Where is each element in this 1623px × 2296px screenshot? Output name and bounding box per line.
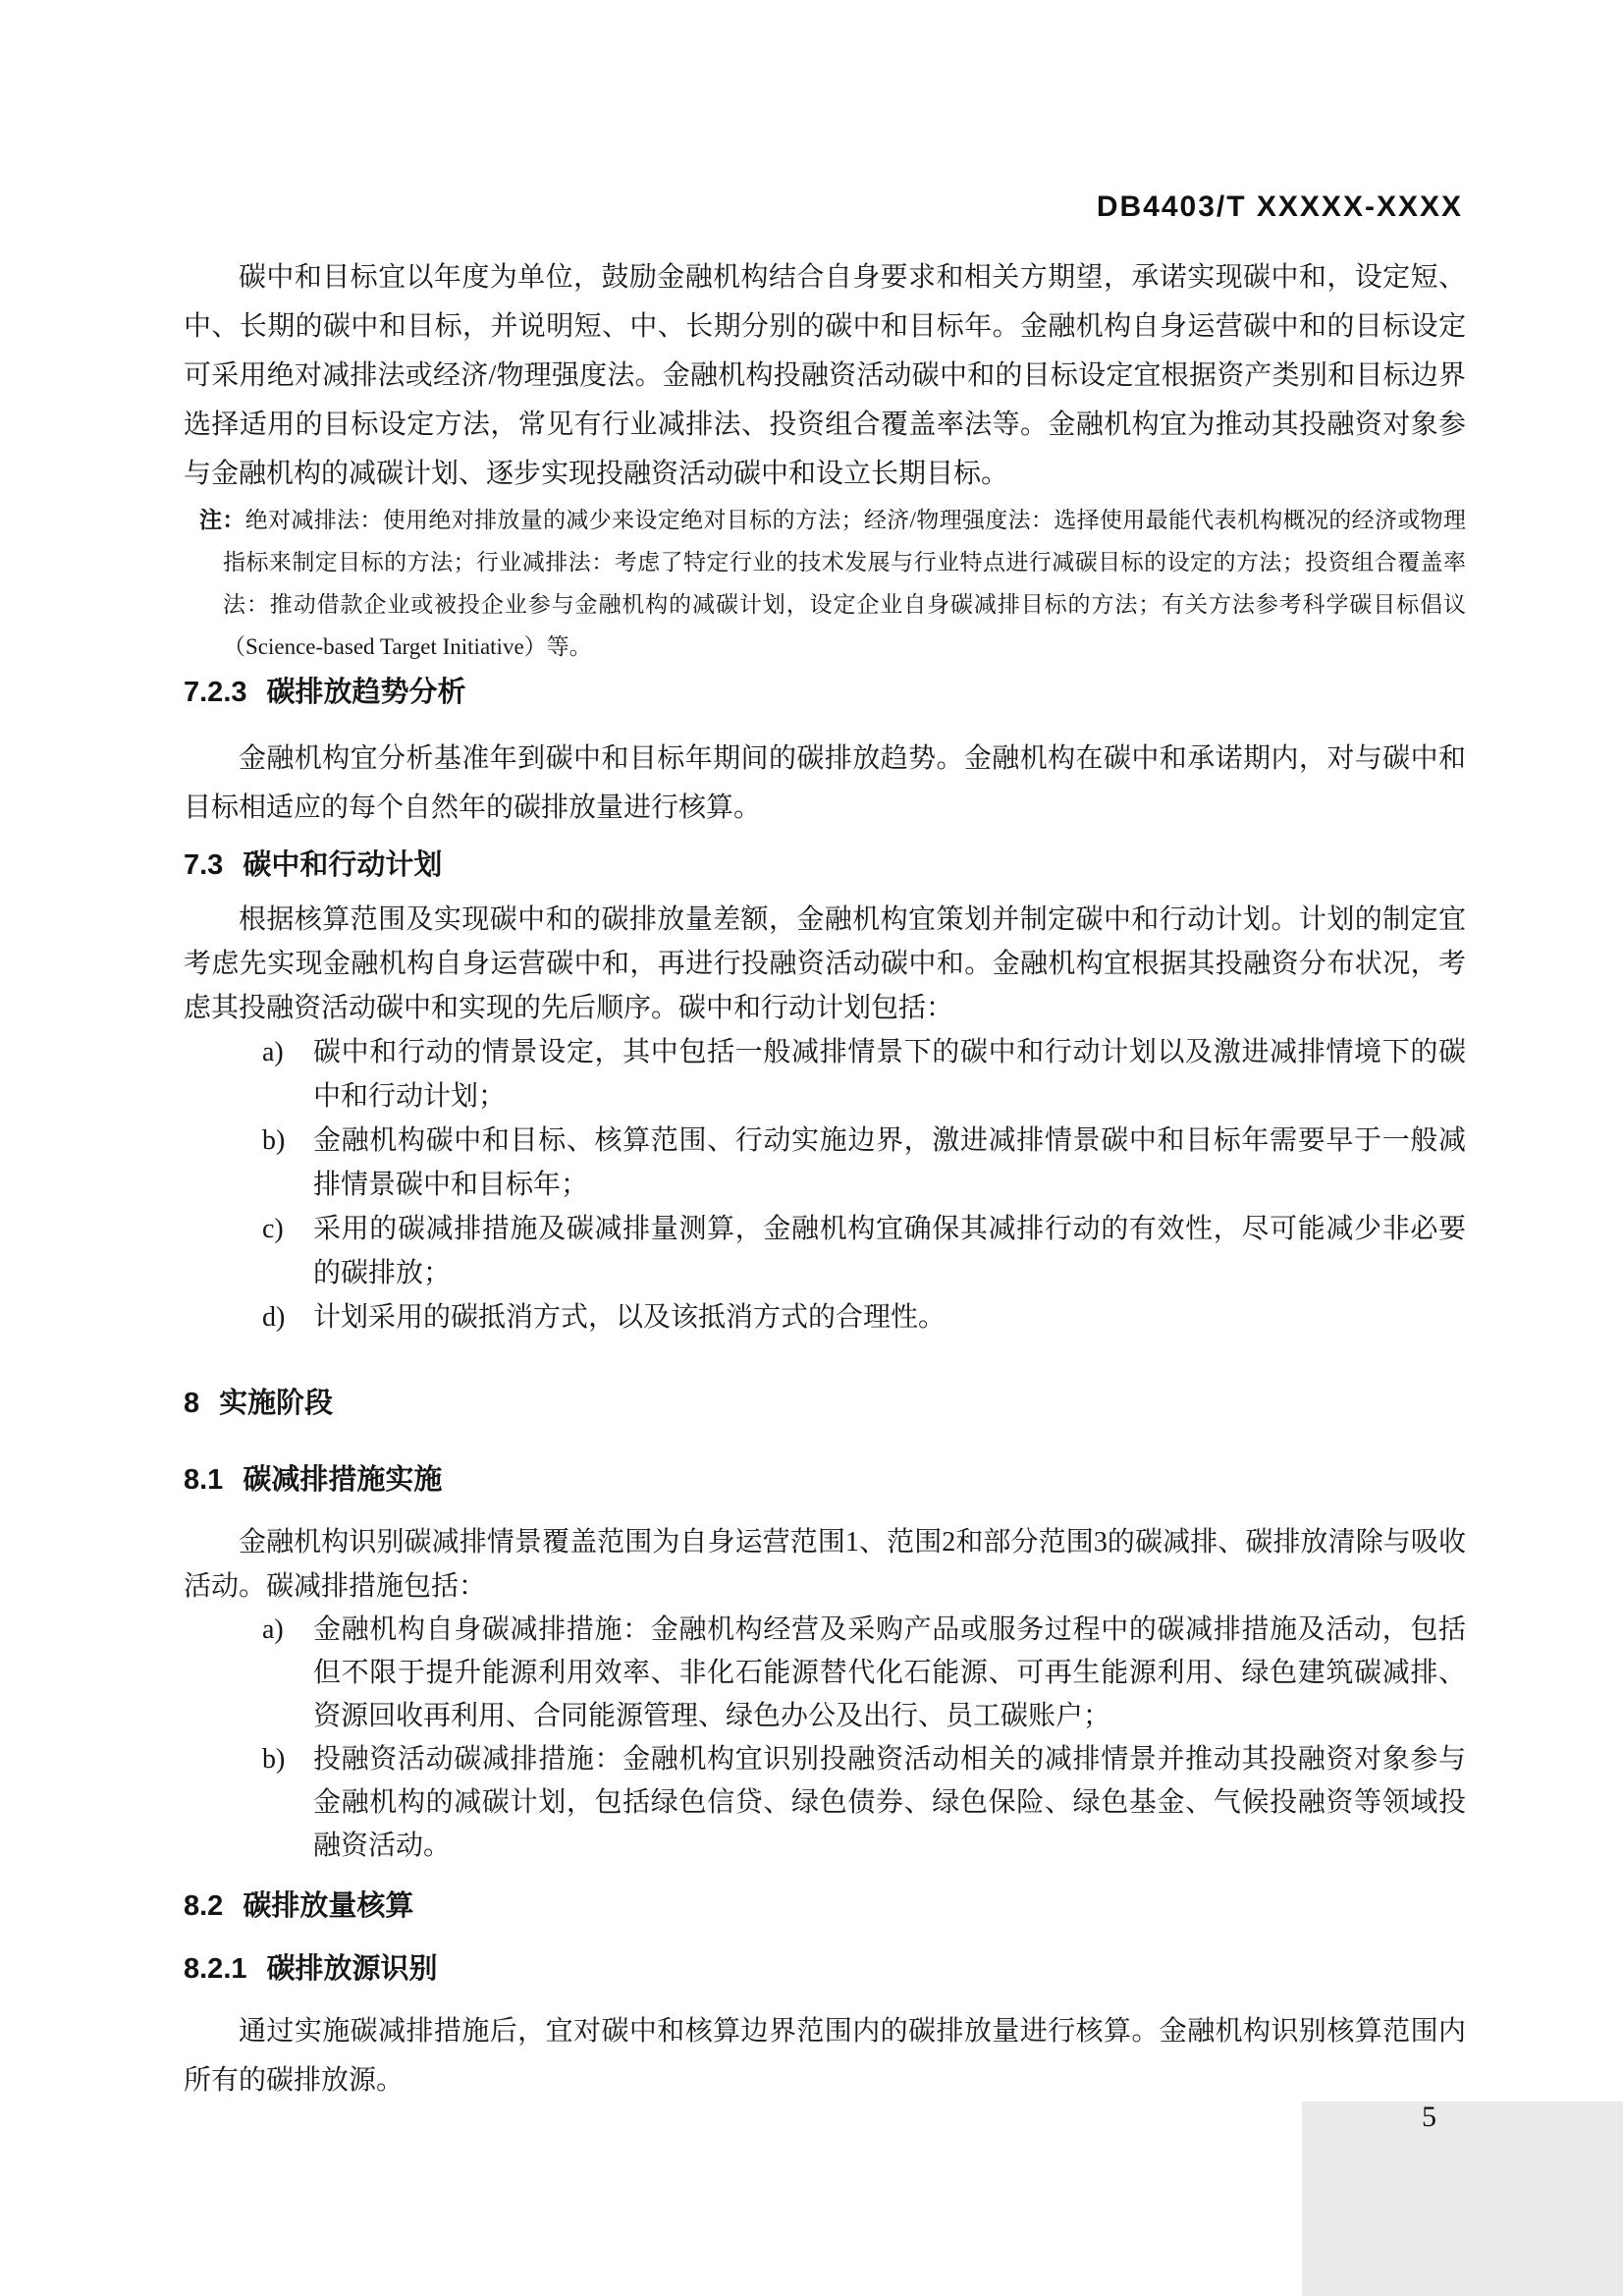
paragraph-7-2-3: 金融机构宜分析基准年到碳中和目标年期间的碳排放趋势。金融机构在碳中和承诺期内，对…	[184, 735, 1466, 833]
list-item: a) 碳中和行动的情景设定，其中包括一般减排情景下的碳中和行动计划以及激进减排情…	[262, 1030, 1466, 1119]
heading-title: 碳减排措施实施	[243, 1464, 442, 1496]
list-marker: b)	[262, 1119, 313, 1207]
paragraph-8-1: 金融机构识别碳减排情景覆盖范围为自身运营范围1、范围2和部分范围3的碳减排、碳排…	[184, 1520, 1466, 1609]
note-block: 注：绝对减排法：使用绝对排放量的减少来设定绝对目标的方法；经济/物理强度法：选择…	[223, 499, 1466, 668]
list-item: b) 投融资活动碳减排措施：金融机构宜识别投融资活动相关的减排情景并推动其投融资…	[262, 1738, 1466, 1868]
measures-list: a) 金融机构自身碳减排措施：金融机构经营及采购产品或服务过程中的碳减排措施及活…	[262, 1609, 1466, 1868]
paragraph-7-3: 根据核算范围及实现碳中和的碳排放量差额，金融机构宜策划并制定碳中和行动计划。计划…	[184, 898, 1466, 1030]
heading-8: 8实施阶段	[184, 1387, 1466, 1420]
heading-number: 7.2.3	[184, 677, 247, 708]
document-page: DB4403/T XXXXX-XXXX 碳中和目标宜以年度为单位，鼓励金融机构结…	[0, 0, 1623, 2296]
note-text: 绝对减排法：使用绝对排放量的减少来设定绝对目标的方法；经济/物理强度法：选择使用…	[223, 508, 1466, 659]
heading-title: 实施阶段	[219, 1388, 333, 1419]
list-item-text: 计划采用的碳抵消方式，以及该抵消方式的合理性。	[313, 1295, 1466, 1339]
heading-8-2-1: 8.2.1碳排放源识别	[184, 1952, 1466, 1986]
heading-7-2-3: 7.2.3碳排放趋势分析	[184, 676, 1466, 709]
list-item-text: 碳中和行动的情景设定，其中包括一般减排情景下的碳中和行动计划以及激进减排情境下的…	[313, 1030, 1466, 1119]
heading-title: 碳排放趋势分析	[267, 677, 466, 708]
heading-number: 8	[184, 1388, 199, 1419]
heading-number: 8.1	[184, 1464, 223, 1496]
page-number: 5	[1422, 2100, 1436, 2135]
list-marker: c)	[262, 1207, 313, 1295]
list-marker: a)	[262, 1609, 313, 1738]
heading-number: 7.3	[184, 849, 223, 881]
heading-8-2: 8.2碳排放量核算	[184, 1889, 1466, 1923]
list-marker: a)	[262, 1030, 313, 1119]
list-item-text: 金融机构碳中和目标、核算范围、行动实施边界，激进减排情景碳中和目标年需要早于一般…	[313, 1119, 1466, 1207]
heading-number: 8.2	[184, 1890, 223, 1922]
list-item-text: 投融资活动碳减排措施：金融机构宜识别投融资活动相关的减排情景并推动其投融资对象参…	[313, 1738, 1466, 1868]
list-item-text: 金融机构自身碳减排措施：金融机构经营及采购产品或服务过程中的碳减排措施及活动，包…	[313, 1609, 1466, 1738]
scan-corner-shade	[1302, 2102, 1623, 2296]
page-content: 碳中和目标宜以年度为单位，鼓励金融机构结合自身要求和相关方期望，承诺实现碳中和，…	[184, 253, 1466, 2105]
intro-paragraph: 碳中和目标宜以年度为单位，鼓励金融机构结合自身要求和相关方期望，承诺实现碳中和，…	[184, 253, 1466, 499]
list-item: c) 采用的碳减排措施及碳减排量测算，金融机构宜确保其减排行动的有效性，尽可能减…	[262, 1207, 1466, 1295]
paragraph-8-2-1: 通过实施碳减排措施后，宜对碳中和核算边界范围内的碳排放量进行核算。金融机构识别核…	[184, 2007, 1466, 2105]
heading-title: 碳中和行动计划	[243, 849, 442, 881]
standard-doc-code: DB4403/T XXXXX-XXXX	[1097, 191, 1463, 224]
list-marker: d)	[262, 1295, 313, 1339]
plan-list: a) 碳中和行动的情景设定，其中包括一般减排情景下的碳中和行动计划以及激进减排情…	[262, 1030, 1466, 1339]
note-label: 注：	[199, 507, 245, 532]
heading-title: 碳排放源识别	[267, 1953, 438, 1985]
heading-8-1: 8.1碳减排措施实施	[184, 1463, 1466, 1497]
list-item-text: 采用的碳减排措施及碳减排量测算，金融机构宜确保其减排行动的有效性，尽可能减少非必…	[313, 1207, 1466, 1295]
list-item: d) 计划采用的碳抵消方式，以及该抵消方式的合理性。	[262, 1295, 1466, 1339]
list-item: a) 金融机构自身碳减排措施：金融机构经营及采购产品或服务过程中的碳减排措施及活…	[262, 1609, 1466, 1738]
heading-number: 8.2.1	[184, 1953, 247, 1985]
heading-7-3: 7.3碳中和行动计划	[184, 848, 1466, 882]
heading-title: 碳排放量核算	[243, 1890, 413, 1922]
list-item: b) 金融机构碳中和目标、核算范围、行动实施边界，激进减排情景碳中和目标年需要早…	[262, 1119, 1466, 1207]
list-marker: b)	[262, 1738, 313, 1868]
